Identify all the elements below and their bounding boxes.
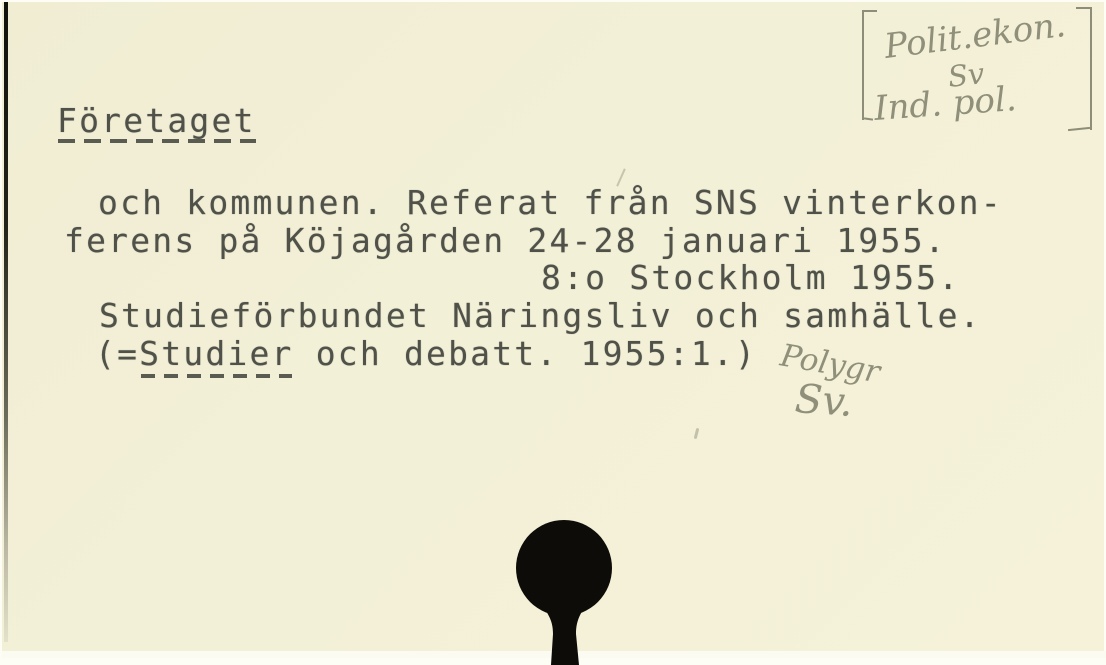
body-line-1: och kommunen. Referat från SNS vinterkon… (98, 186, 1003, 219)
annotation-bracket-right (1076, 7, 1092, 130)
body-line-5-prefix: (= (95, 334, 139, 373)
body-line-4: Studieförbundet Näringsliv och samhälle. (99, 299, 982, 332)
body-line-5-suffix: och debatt. 1955:1.) (294, 334, 757, 373)
card-bottom-edge (2, 651, 1106, 658)
stray-pencil-apostrophe (694, 428, 700, 439)
card-title: Företaget (57, 104, 256, 137)
body-line-5: (=Studier och debatt. 1955:1.) (95, 337, 757, 370)
card-title-underline (58, 139, 256, 143)
annotation-bottom-line2: Sv. (793, 376, 854, 426)
annotation-topright-line3: Ind. pol. (873, 79, 1018, 129)
body-line-3: 8:o Stockholm 1955. (541, 261, 960, 294)
card-left-edge-shadow (4, 2, 8, 642)
body-line-2: ferens på Köjagården 24-28 januari 1955. (64, 224, 947, 257)
catalog-card: Företaget och kommunen. Referat från SNS… (2, 2, 1104, 658)
body-line-5-series-title: Studier (139, 337, 293, 370)
